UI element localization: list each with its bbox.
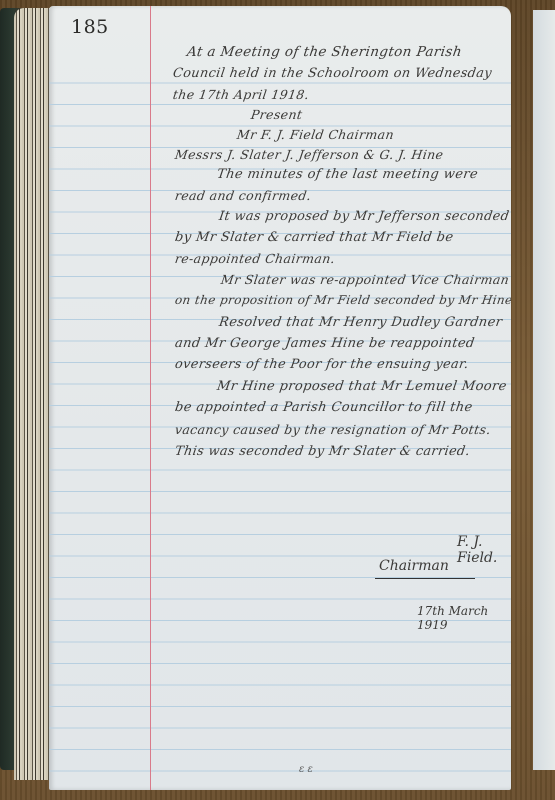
minutes-line: read and confirmed. <box>174 188 312 203</box>
minutes-line: The minutes of the last meeting were <box>216 167 479 182</box>
minutes-line: by Mr Slater & carried that Mr Field be <box>174 230 455 245</box>
page-number: 185 <box>71 16 109 38</box>
ledger-page: 185 At a Meeting of the Sherington Paris… <box>49 6 511 790</box>
pencil-marks: ɛ ɛ <box>299 764 313 775</box>
minutes-line: Mr Hine proposed that Mr Lemuel Moore <box>216 379 508 394</box>
chairman-title: Chairman <box>379 558 449 574</box>
minutes-line: Messrs J. Slater J. Jefferson & G. J. Hi… <box>174 147 445 162</box>
chairman-signature: F. J. Field. <box>457 534 511 566</box>
minutes-line: Present <box>250 107 304 122</box>
minutes-line: It was proposed by Mr Jefferson seconded <box>218 209 510 224</box>
red-margin-line <box>150 6 151 790</box>
page-stack-edges <box>14 8 54 780</box>
minutes-line: the 17th April 1918. <box>172 87 310 102</box>
minutes-line: Council held in the Schoolroom on Wednes… <box>172 66 493 81</box>
minutes-line: This was seconded by Mr Slater & carried… <box>174 444 471 459</box>
minutes-line: re-appointed Chairman. <box>174 251 336 266</box>
minutes-line: Mr F. J. Field Chairman <box>236 127 395 142</box>
minutes-line: At a Meeting of the Sherington Parish <box>186 44 463 60</box>
minutes-line: and Mr George James Hine be reappointed <box>174 336 476 351</box>
signature-underline <box>375 578 475 579</box>
signed-date: 17th March 1919 <box>417 604 511 632</box>
minutes-line: overseers of the Poor for the ensuing ye… <box>174 357 470 372</box>
minutes-line: be appointed a Parish Councillor to fill… <box>174 400 474 415</box>
minutes-line: Mr Slater was re-appointed Vice Chairman <box>220 272 510 287</box>
minutes-line: vacancy caused by the resignation of Mr … <box>174 422 492 437</box>
minutes-line: on the proposition of Mr Field seconded … <box>174 293 511 307</box>
minutes-line: Resolved that Mr Henry Dudley Gardner <box>218 315 503 330</box>
facing-page-edge <box>533 10 555 770</box>
